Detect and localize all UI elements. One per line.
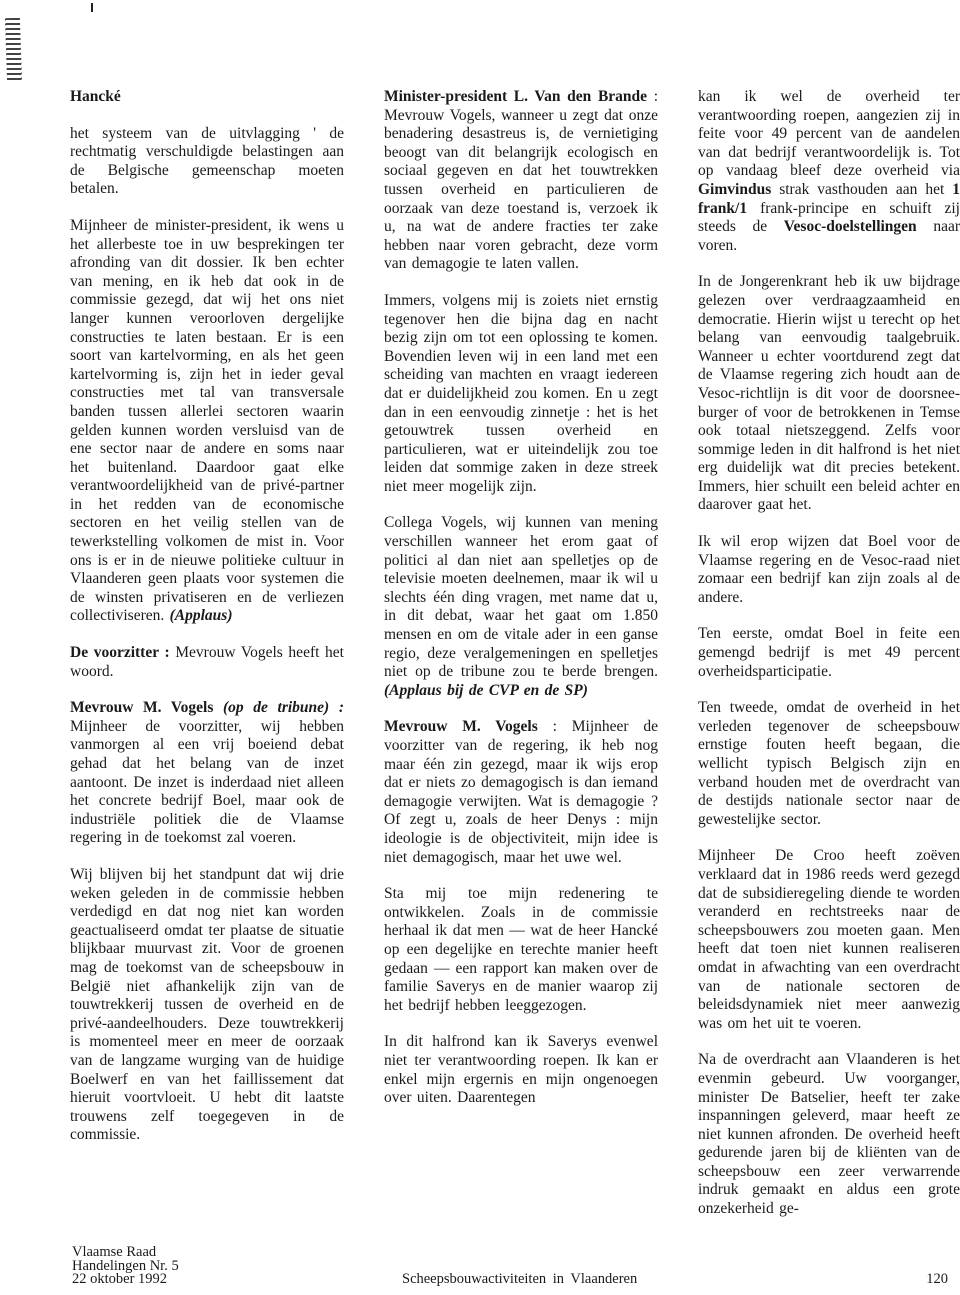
paragraph: Wij blijven bij het standpunt dat wij dr… — [70, 866, 344, 1145]
text-columns: Hanckéhet systeem van de uitvlagging ' d… — [0, 0, 960, 1219]
text-segment: (Applaus) — [170, 607, 233, 624]
column-right: kan ik wel de overheid ter verantwoordin… — [698, 88, 960, 1219]
paragraph: Immers, volgens mij is zoiets niet ernst… — [384, 292, 658, 497]
text-segment: kan ik wel de overheid ter verantwoordin… — [698, 88, 960, 179]
footer-date: 22 oktober 1992 — [72, 1273, 179, 1287]
page-number: 120 — [926, 1273, 948, 1287]
footer-session-title: Scheepsbouwactiviteiten in Vlaanderen — [402, 1273, 637, 1287]
text-segment: Mijnheer De Croo heeft zoëven verklaard … — [698, 847, 960, 1031]
paragraph: Na de overdracht aan Vlaanderen is het e… — [698, 1051, 960, 1218]
text-segment: (Applaus bij de CVP en de SP) — [384, 682, 588, 699]
text-segment: (op de tribune) : — [223, 699, 344, 716]
text-segment: Immers, volgens mij is zoiets niet ernst… — [384, 292, 658, 495]
text-segment: Minister-president L. Van den Brande — [384, 88, 647, 105]
paragraph: Sta mij toe mijn redenering te ontwikkel… — [384, 885, 658, 1015]
text-segment: : Mijnheer de voorzitter van de regering… — [384, 718, 658, 865]
paragraph: Mevrouw M. Vogels : Mijnheer de voorzitt… — [384, 718, 658, 867]
column-left: Hanckéhet systeem van de uitvlagging ' d… — [70, 88, 344, 1219]
text-segment: Wij blijven bij het standpunt dat wij dr… — [70, 866, 344, 1143]
paragraph: Mevrouw M. Vogels (op de tribune) : Mijn… — [70, 699, 344, 848]
text-segment: De voorzitter : — [70, 644, 175, 661]
speaker-heading: Hancké — [70, 88, 344, 107]
text-segment: Gimvindus — [698, 181, 771, 198]
text-segment: In de Jongerenkrant heb ik uw bijdrage g… — [698, 273, 960, 513]
paragraph: Ten tweede, omdat de overheid in het ver… — [698, 699, 960, 829]
paragraph: In de Jongerenkrant heb ik uw bijdrage g… — [698, 273, 960, 515]
text-segment: Mijnheer de minister-president, ik wens … — [70, 217, 344, 624]
paragraph: kan ik wel de overheid ter verantwoordin… — [698, 88, 960, 255]
text-segment: Mevrouw M. Vogels — [384, 718, 538, 735]
paragraph: Ik wil erop wijzen dat Boel voor de Vlaa… — [698, 533, 960, 607]
paragraph: Ten eerste, omdat Boel in feite een geme… — [698, 625, 960, 681]
text-segment: Mevrouw M. Vogels — [70, 699, 223, 716]
text-segment: Na de overdracht aan Vlaanderen is het e… — [698, 1051, 960, 1217]
text-segment: Ik wil erop wijzen dat Boel voor de Vlaa… — [698, 533, 960, 606]
document-page: Hanckéhet systeem van de uitvlagging ' d… — [0, 0, 960, 1295]
paragraph: Collega Vogels, wij kunnen van mening ve… — [384, 514, 658, 700]
text-segment: Hancké — [70, 88, 121, 105]
text-segment: : Mevrouw Vogels, wanneer u zegt dat onz… — [384, 88, 658, 272]
text-segment: Vesoc-doelstellingen — [784, 218, 917, 235]
text-segment: Ten tweede, omdat de overheid in het ver… — [698, 699, 960, 828]
paragraph: De voorzitter : Mevrouw Vogels heeft het… — [70, 644, 344, 681]
page-footer: Vlaamse Raad Handelingen Nr. 5 22 oktobe… — [72, 1245, 948, 1289]
column-middle: Minister-president L. Van den Brande : M… — [384, 88, 658, 1219]
text-segment: Sta mij toe mijn redenering te ontwikkel… — [384, 885, 658, 1014]
text-segment: strak vasthouden aan het — [771, 181, 952, 198]
paragraph: Mijnheer de minister-president, ik wens … — [70, 217, 344, 626]
text-segment: het systeem van de uitvlagging ' de rech… — [70, 125, 344, 198]
text-segment: Collega Vogels, wij kunnen van mening ve… — [384, 514, 658, 680]
text-segment: Mijnheer de voorzitter, wij hebben vanmo… — [70, 718, 344, 847]
paragraph: het systeem van de uitvlagging ' de rech… — [70, 125, 344, 199]
paragraph: Mijnheer De Croo heeft zoëven verklaard … — [698, 847, 960, 1033]
paragraph: Minister-president L. Van den Brande : M… — [384, 88, 658, 274]
text-segment: In dit halfrond kan ik Saverys evenwel n… — [384, 1033, 658, 1106]
footer-publication-info: Vlaamse Raad Handelingen Nr. 5 22 oktobe… — [72, 1246, 179, 1287]
text-segment: Ten eerste, omdat Boel in feite een geme… — [698, 625, 960, 679]
paragraph: In dit halfrond kan ik Saverys evenwel n… — [384, 1033, 658, 1107]
